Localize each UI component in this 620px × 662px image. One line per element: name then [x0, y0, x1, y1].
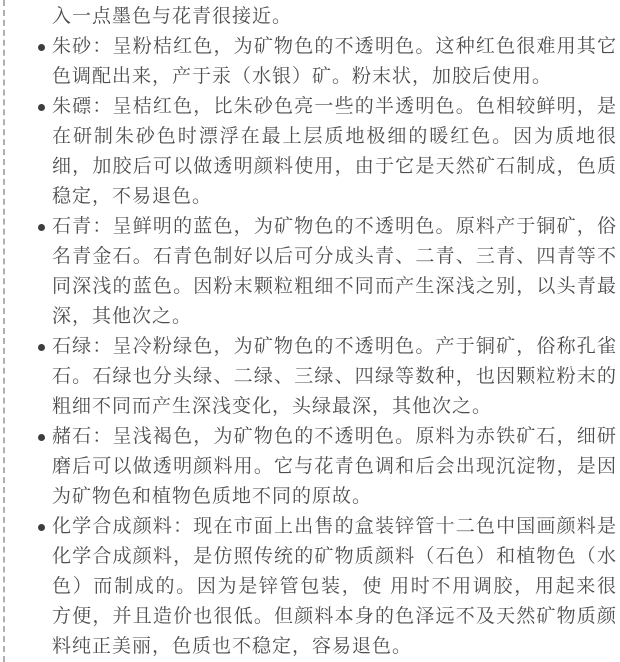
article-page: 入一点墨色与花青很接近。 朱砂：呈粉桔红色，为矿物色的不透明色。这种红色很难用其…: [3, 0, 620, 662]
bullet-icon: [38, 224, 45, 231]
bullet-icon: [38, 434, 45, 441]
list-item-zhubiao: 朱磦：呈桔红色，比朱砂色亮一些的半透明色。色相较鲜明，是在研制朱砂色时漂浮在最上…: [52, 92, 617, 212]
list-item-huaxue-hecheng-yanliao: 化学合成颜料：现在市面上出售的盒装锌管十二色中国画颜料是化学合成颜料，是仿照传统…: [52, 512, 617, 662]
bullet-icon: [38, 44, 45, 51]
list-item-shilv: 石绿：呈冷粉绿色，为矿物色的不透明色。产于铜矿，俗称孔雀石。石绿也分头绿、二绿、…: [52, 332, 617, 422]
pigment-description: 朱砂：呈粉桔红色，为矿物色的不透明色。这种红色很难用其它色调配出来，产于汞（水银…: [52, 36, 617, 87]
list-item-zhusha: 朱砂：呈粉桔红色，为矿物色的不透明色。这种红色很难用其它色调配出来，产于汞（水银…: [52, 32, 617, 92]
bullet-icon: [38, 344, 45, 351]
pigment-description: 石青：呈鲜明的蓝色，为矿物色的不透明色。原料产于铜矿，俗名青金石。石青色制好以后…: [52, 216, 617, 327]
bullet-icon: [38, 524, 45, 531]
list-item-shiqing: 石青：呈鲜明的蓝色，为矿物色的不透明色。原料产于铜矿，俗名青金石。石青色制好以后…: [52, 212, 617, 332]
pigment-description: 赭石：呈浅褐色，为矿物色的不透明色。原料为赤铁矿石，细研磨后可以做透明颜料用。它…: [52, 426, 617, 507]
list-item-zheshi: 赭石：呈浅褐色，为矿物色的不透明色。原料为赤铁矿石，细研磨后可以做透明颜料用。它…: [52, 422, 617, 512]
pigment-description: 石绿：呈冷粉绿色，为矿物色的不透明色。产于铜矿，俗称孔雀石。石绿也分头绿、二绿、…: [52, 336, 617, 417]
pigment-description: 化学合成颜料：现在市面上出售的盒装锌管十二色中国画颜料是化学合成颜料，是仿照传统…: [52, 516, 617, 657]
intro-text: 入一点墨色与花青很接近。: [52, 2, 617, 32]
pigment-list: 朱砂：呈粉桔红色，为矿物色的不透明色。这种红色很难用其它色调配出来，产于汞（水银…: [52, 32, 617, 662]
pigment-description: 朱磦：呈桔红色，比朱砂色亮一些的半透明色。色相较鲜明，是在研制朱砂色时漂浮在最上…: [52, 96, 617, 207]
bullet-icon: [38, 104, 45, 111]
